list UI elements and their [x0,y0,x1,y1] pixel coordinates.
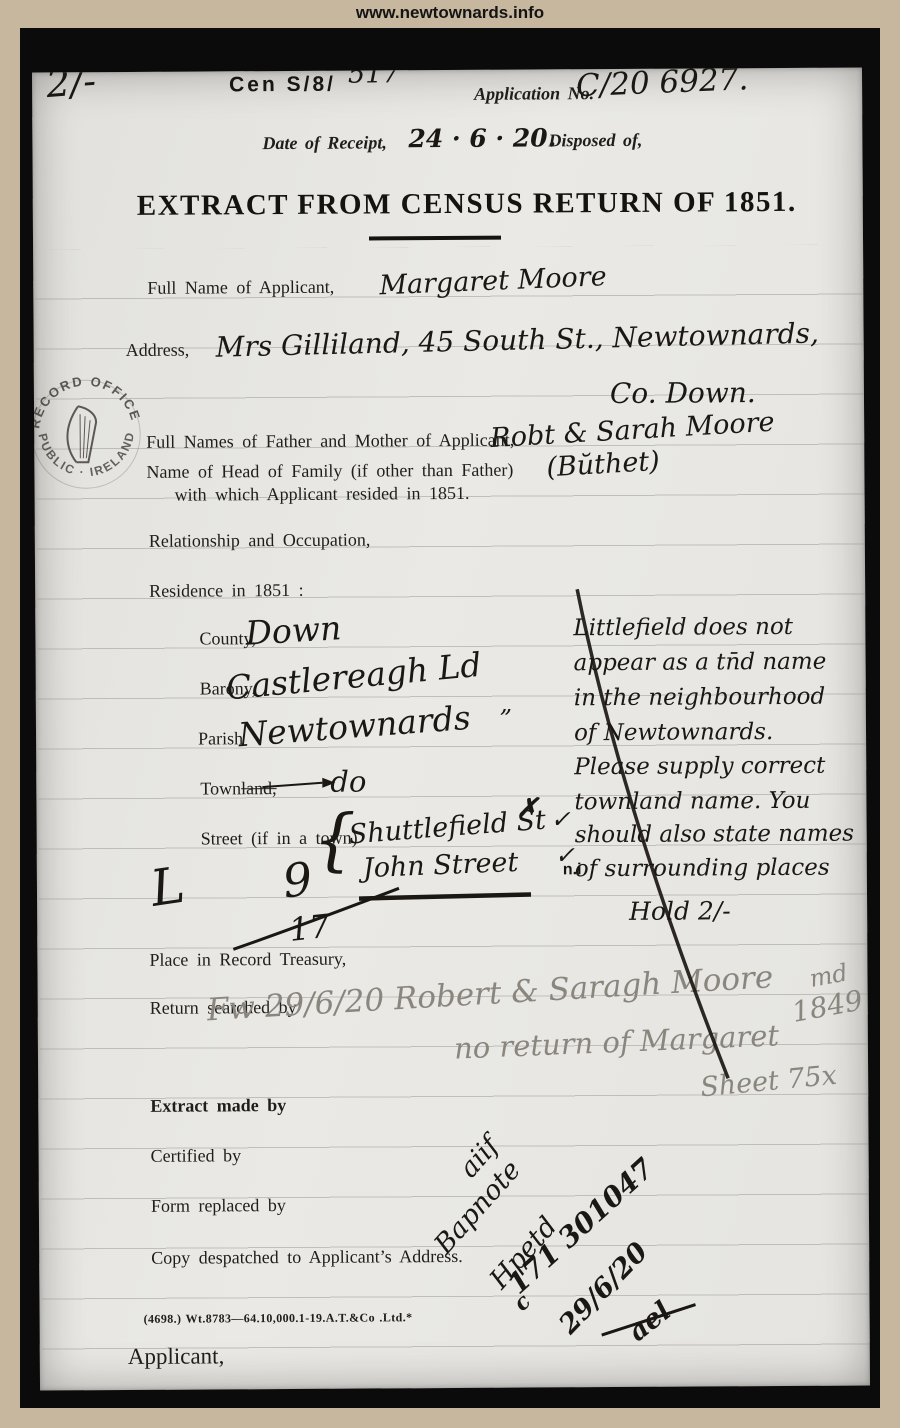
barony-ditto-mark: „ [500,690,513,718]
margin-code-9: 9 [280,851,315,908]
margin-note-line-4: of Newtownards. [574,719,773,746]
footer-print-code: (4698.) Wt.8783—64.10,000.1-19.A.T.&Co .… [144,1310,413,1327]
document-content: 2/- Cen S/8/ 517 Application No. C/20 69… [32,67,870,1390]
title-underline [369,236,501,241]
head-of-family-label-line2: with which Applicant resided in 1851. [175,483,470,506]
parish-label: Parish [198,728,243,749]
certified-label: Certified by [151,1145,242,1167]
head-of-family-label-line1: Name of Head of Family (if other than Fa… [146,460,513,483]
form-replaced-label: Form replaced by [151,1195,286,1217]
townland-label-keep: Town [200,778,241,798]
extract-made-label: Extract made by [150,1095,286,1117]
reference-stamp: Cen S/8/ [229,73,336,98]
margin-note-line-5: Please supply correct [574,753,825,781]
scan-black-frame: 2/- Cen S/8/ 517 Application No. C/20 69… [20,28,880,1408]
street-x-mark: ✗ [516,793,538,823]
parents-label: Full Names of Father and Mother of Appli… [146,430,514,453]
margin-note-hold-fee: Hold 2/- [629,896,731,926]
place-in-treasury-label: Place in Record Treasury, [149,949,346,971]
relationship-label: Relationship and Occupation, [149,529,371,551]
margin-note-line-7: should also state names [575,821,855,849]
margin-note-line-6: townland name. You [574,788,810,815]
margin-code-17: 17 [287,907,332,949]
document-paper: 2/- Cen S/8/ 517 Application No. C/20 69… [32,67,870,1390]
margin-note-line-3: in the neighbourhood [574,684,826,712]
margin-note-line-8: of surrounding places [575,855,830,883]
document-title: EXTRACT FROM CENSUS RETURN OF 1851. [137,186,777,223]
date-of-receipt-value: 24 · 6 · 20. [408,123,556,153]
margin-note-line-1: Littlefield does not [573,614,793,641]
townland-label-struck: land, [241,778,277,798]
street-value-line2: John Street [362,847,519,884]
date-of-receipt-label: Date of Receipt, [262,132,387,154]
fee-note-handwritten: 2/- [44,67,97,106]
address-value-line2: Co. Down. [610,376,756,410]
street-check-mark-1: ✓ [550,805,570,833]
full-name-label: Full Name of Applicant, [147,277,334,299]
disposed-of-label: Disposed of, [548,130,642,152]
reference-number-handwritten: 517 [348,67,400,89]
site-banner-url: www.newtownards.info [0,0,900,28]
parents-value-line2: (Bŭthet) [546,446,661,484]
application-no-value: C/20 6927. [575,67,749,104]
townland-label: Townland, [200,778,276,799]
address-label: Address, [126,340,190,361]
page: { "colors": { "banner_bg": "#c6b79e", "f… [0,0,900,1428]
margin-note-line-2: appear as a tn̄d name [574,649,827,677]
applicant-label: Applicant, [128,1343,225,1370]
townland-value: do [330,765,366,799]
residence-label: Residence in 1851 : [149,580,304,602]
county-value: Down [244,608,342,653]
copy-despatched-label: Copy despatched to Applicant’s Address. [151,1246,463,1269]
